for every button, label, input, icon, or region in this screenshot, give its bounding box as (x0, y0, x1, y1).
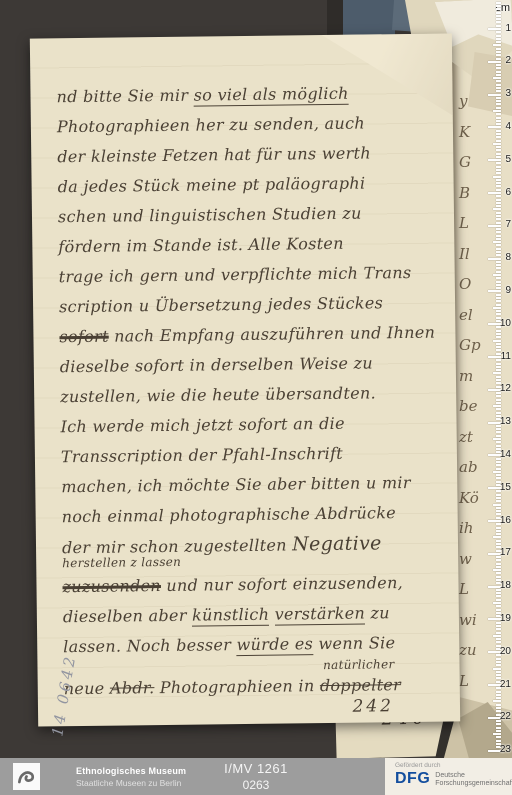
footer-bar: Ethnologisches Museum Staatliche Museen … (0, 758, 512, 795)
ruler-tick (496, 133, 501, 135)
ruler-tick (496, 182, 501, 184)
ruler-tick (496, 556, 501, 558)
ruler-tick (496, 402, 501, 404)
ruler-tick (496, 697, 501, 699)
ruler-tick (496, 458, 501, 460)
funding-section: Gefördert durch DFG Deutsche Forschungsg… (385, 758, 512, 795)
ruler-tick (496, 359, 501, 361)
ruler-tick (496, 625, 501, 627)
ruler-tick (496, 641, 501, 643)
ruler-tick (496, 399, 501, 401)
ruler-tick (496, 330, 501, 332)
ruler-tick (496, 64, 501, 66)
handwriting-line: noch einmal photographische Abdrücke (61, 498, 447, 533)
ruler-tick (496, 369, 501, 371)
image-number: 0263 (224, 778, 288, 792)
ruler-tick (493, 405, 501, 407)
handwriting-line: trage ich gern und verpflichte mich Tran… (59, 258, 445, 293)
ruler-tick (496, 346, 501, 348)
ruler-tick (496, 691, 501, 693)
ruler-tick (496, 18, 501, 20)
ruler-tick (496, 264, 501, 266)
ruler-tick (496, 563, 501, 565)
ruler-tick (496, 661, 501, 663)
ruler-tick (493, 143, 501, 145)
ruler-tick (496, 605, 501, 607)
ruler-tick (496, 435, 501, 437)
ruler-tick (496, 113, 501, 115)
ruler-tick (496, 146, 501, 148)
ruler-tick (493, 733, 501, 735)
ruler-tick (493, 668, 501, 670)
ruler-tick (496, 333, 501, 335)
scan-viewport: yKGBLIlOelGpmbeztabKöihwLwizuL 240 nd bi… (0, 0, 512, 795)
ruler-tick (496, 628, 501, 630)
ruler-tick (496, 589, 501, 591)
handwriting-line: machen, ich möchte Sie aber bitten u mir (61, 468, 447, 503)
ruler-tick (496, 720, 501, 722)
ruler-tick (496, 235, 501, 237)
ruler-tick (496, 727, 501, 729)
handwriting-line: scription u Übersetzung jedes Stückes (59, 288, 445, 323)
ruler-tick (496, 2, 501, 4)
ruler-tick (496, 212, 501, 214)
ruler-tick (496, 244, 501, 246)
ruler-tick (493, 372, 501, 374)
ruler-tick (496, 179, 501, 181)
ruler-tick (496, 51, 501, 53)
ruler-tick (496, 497, 501, 499)
ruler-tick (493, 602, 501, 604)
museum-name-block: Ethnologisches Museum Staatliche Museen … (76, 766, 186, 788)
ruler-tick (496, 363, 501, 365)
ruler-tick (496, 566, 501, 568)
ruler-tick (496, 336, 501, 338)
ruler-tick (493, 110, 501, 112)
ruler-tick (496, 97, 501, 99)
handwriting-line: dieselben aber künstlich verstärken zu (63, 598, 449, 633)
ruler-tick (496, 310, 501, 312)
ruler-tick (496, 48, 501, 50)
ruler-tick (496, 140, 501, 142)
ruler-tick (496, 527, 501, 529)
ruler-tick (496, 261, 501, 263)
ruler-tick (496, 392, 501, 394)
ruler-tick (496, 304, 501, 306)
ruler-tick (496, 38, 501, 40)
ruler-tick (496, 477, 501, 479)
ruler-tick (493, 176, 501, 178)
ruler-tick (496, 313, 501, 315)
ruler-tick (496, 162, 501, 164)
ruler-tick (496, 523, 501, 525)
ruler-tick (496, 595, 501, 597)
handwriting-line: schen und linguistischen Studien zu (58, 198, 444, 233)
handwriting-line: da jedes Stück meine pt paläographi (57, 168, 443, 203)
ruler-tick (496, 510, 501, 512)
ruler-tick (493, 77, 501, 79)
ruler-tick (496, 12, 501, 14)
ruler-tick (496, 507, 501, 509)
ruler-tick (496, 195, 501, 197)
page-number: 242 (352, 696, 394, 717)
ruler-tick (496, 530, 501, 532)
ruler-tick (496, 474, 501, 476)
funding-caption: Gefördert durch (395, 762, 506, 769)
ruler-tick (496, 395, 501, 397)
ruler-tick (496, 740, 501, 742)
ruler-tick (496, 100, 501, 102)
handwriting-line: dieselbe sofort in derselben Weise zu (60, 348, 446, 383)
ruler-tick (496, 431, 501, 433)
ruler-tick (496, 687, 501, 689)
ruler-tick (496, 8, 501, 10)
ruler-tick (496, 231, 501, 233)
ruler-tick (496, 199, 501, 201)
ruler-tick (496, 540, 501, 542)
ruler-tick (496, 464, 501, 466)
ruler-tick (493, 504, 501, 506)
ruler-tick (496, 599, 501, 601)
ruler-tick (496, 136, 501, 138)
dfg-logo-row: DFG Deutsche Forschungsgemeinschaft (395, 771, 506, 788)
museum-subtitle: Staatliche Museen zu Berlin (76, 778, 186, 788)
ruler-tick (493, 307, 501, 309)
shelfmark-block: I/MV 1261 0263 (224, 761, 288, 792)
ruler-tick (496, 654, 501, 656)
ruler-tick (496, 408, 501, 410)
ruler-tick (496, 169, 501, 171)
ruler-tick (496, 441, 501, 443)
museum-name: Ethnologisches Museum (76, 766, 186, 776)
ruler-tick (496, 366, 501, 368)
ruler-tick (496, 294, 501, 296)
ruler-tick (493, 569, 501, 571)
ruler-tick (496, 638, 501, 640)
ruler-tick (493, 44, 501, 46)
ruler-tick (496, 622, 501, 624)
wave-icon (17, 767, 36, 786)
handwriting-line: Photographieen her zu senden, auch (57, 108, 443, 143)
ruler-tick (496, 632, 501, 634)
handwriting-line: der kleinste Fetzen hat für uns werth (57, 138, 443, 173)
ruler-tick (493, 340, 501, 342)
ruler-tick (493, 471, 501, 473)
ruler-tick (496, 543, 501, 545)
ruler-number: 23 (498, 744, 511, 755)
ruler-tick (496, 15, 501, 17)
ruler-tick (496, 468, 501, 470)
ruler-tick (496, 215, 501, 217)
ruler-tick (496, 117, 501, 119)
ruler-tick (496, 248, 501, 250)
ruler-tick (496, 277, 501, 279)
ruler-tick (496, 445, 501, 447)
handwriting-line: Transscription der Pfahl-Inschrift (61, 438, 447, 473)
ruler: cm 1234567891011121314151617181920212223 (485, 0, 512, 758)
ruler-tick (496, 41, 501, 43)
dfg-name-line1: Deutsche (435, 772, 512, 780)
ruler-tick (496, 500, 501, 502)
ruler-tick (496, 107, 501, 109)
ruler-tick (496, 202, 501, 204)
ruler-tick (496, 736, 501, 738)
letter-text: nd bitte Sie mir so viel als möglichPhot… (56, 78, 450, 705)
ruler-tick (496, 103, 501, 105)
ruler-tick (496, 67, 501, 69)
ruler-tick (496, 297, 501, 299)
ruler-tick (496, 71, 501, 73)
ruler-tick (496, 658, 501, 660)
ruler-tick (496, 74, 501, 76)
dfg-logo: DFG (395, 771, 430, 786)
smb-logo (13, 763, 40, 790)
ruler-tick (496, 238, 501, 240)
ruler-tick (493, 241, 501, 243)
ruler-tick (493, 700, 501, 702)
ruler-tick (496, 671, 501, 673)
ruler-tick (496, 80, 501, 82)
ruler-tick (496, 609, 501, 611)
ruler-tick (496, 576, 501, 578)
ruler-tick (496, 664, 501, 666)
ruler-tick (496, 572, 501, 574)
ruler-tick (496, 326, 501, 328)
handwriting-line: fördern im Stande ist. Alle Kosten (58, 228, 444, 263)
ruler-tick (496, 149, 501, 151)
ruler-tick (496, 674, 501, 676)
ruler-tick (496, 343, 501, 345)
letter-page: nd bitte Sie mir so viel als möglichPhot… (30, 33, 460, 726)
ruler-tick (496, 533, 501, 535)
ruler-tick (493, 635, 501, 637)
ruler-tick (496, 130, 501, 132)
ruler-tick (496, 704, 501, 706)
ruler-tick (496, 425, 501, 427)
ruler-tick (496, 205, 501, 207)
ruler-tick (496, 559, 501, 561)
dfg-name: Deutsche Forschungsgemeinschaft (435, 772, 512, 788)
ruler-tick (496, 35, 501, 37)
handwriting-line: nd bitte Sie mir so viel als möglich (56, 78, 442, 113)
ruler-tick (496, 166, 501, 168)
ruler-tick (493, 208, 501, 210)
ruler-tick (496, 490, 501, 492)
ruler-tick (496, 730, 501, 732)
ruler-tick (493, 536, 501, 538)
handwriting-line: sofort nach Empfang auszuführen und Ihne… (59, 318, 445, 353)
binding-spine-blue (343, 0, 395, 38)
ruler-tick (496, 267, 501, 269)
handwriting-line: zustellen, wie die heute übersandten. (60, 378, 446, 413)
handwriting-line: Ich werde mich jetzt sofort an die (60, 408, 446, 443)
ruler-tick (493, 438, 501, 440)
ruler-tick (496, 281, 501, 283)
ruler-tick (496, 5, 501, 7)
ruler-tick (496, 379, 501, 381)
ruler-tick (496, 707, 501, 709)
ruler-tick (496, 31, 501, 33)
ruler-tick (496, 412, 501, 414)
dfg-name-line2: Forschungsgemeinschaft (435, 780, 512, 788)
footer-museum-section: Ethnologisches Museum Staatliche Museen … (0, 758, 385, 795)
ruler-tick (496, 300, 501, 302)
ruler-tick (496, 376, 501, 378)
ruler-tick (496, 172, 501, 174)
ruler-tick (496, 723, 501, 725)
ruler-tick (496, 694, 501, 696)
ruler-tick (496, 494, 501, 496)
ruler-tick (496, 592, 501, 594)
ruler-tick (496, 228, 501, 230)
ruler-tick (496, 84, 501, 86)
ruler-tick (496, 461, 501, 463)
shelfmark: I/MV 1261 (224, 761, 288, 776)
ruler-tick (496, 428, 501, 430)
ruler-tick (496, 271, 501, 273)
handwriting-line: zuzusenden und nur sofort einzusenden, (62, 568, 448, 603)
ruler-tick (493, 274, 501, 276)
